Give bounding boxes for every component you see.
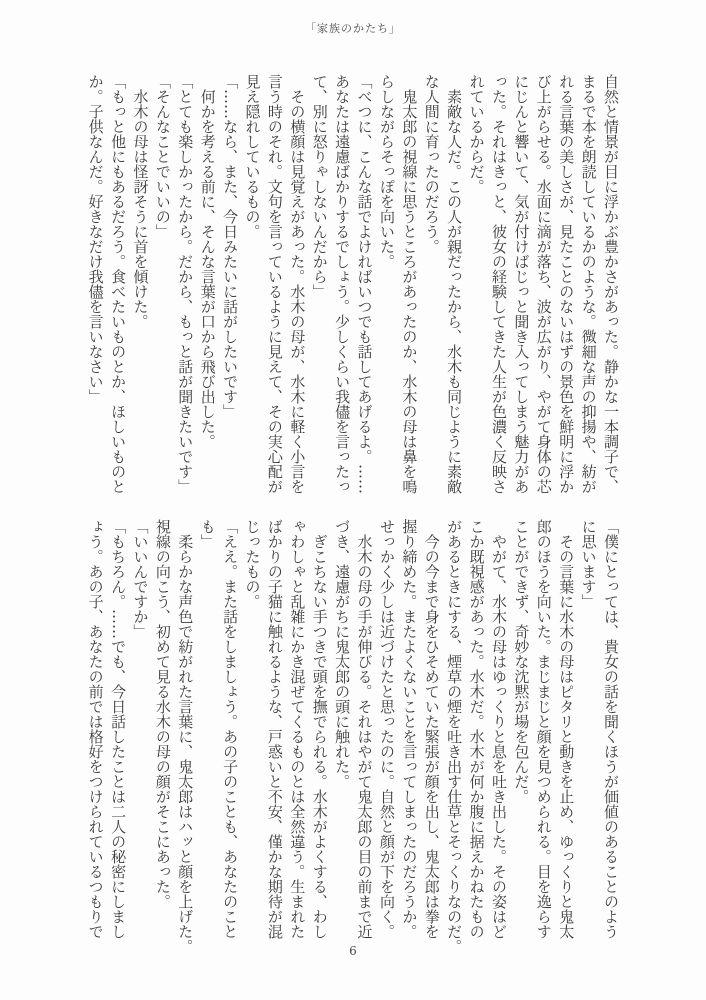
text-line: やがて、水木の母はゆっくりと息を吐き出した。その姿はど	[488, 519, 510, 959]
text-line: 「ええ。また話をしましょう。あの子のことも、あなたのこと	[219, 519, 241, 959]
text-line: 水木の母の手が伸びる。それはやがて鬼太郎の目の前まで近	[353, 519, 375, 959]
text-line: 「とても楽しかったから。だから、もっと話が聞きたいです」	[174, 74, 196, 514]
text-line: まるで本を朗読しているかのような。微細な声の抑揚や、紡が	[577, 74, 599, 514]
text-line: せっかく少しは近づけたと思ったのに。自然と顔が下を向く。	[376, 519, 398, 959]
text-line: づき、遠慮がちに鬼太郎の頭に触れた。	[331, 519, 353, 959]
book-page: 「家族のかたち」 自然と情景が目に浮かぶ豊かさがあった。静かな一本調子で、まるで…	[0, 0, 706, 1000]
text-line: 「もちろん。……でも、今日話したことは二人の秘密にしまし	[107, 519, 129, 959]
text-line: があるときにする、煙草の煙を吐き出す仕草とそっくりなのだ。	[443, 519, 465, 959]
text-line: な人間に育ったのだろう。	[420, 74, 442, 514]
text-line: った。それはきっと、彼女の経験してきた人生が色濃く反映さ	[488, 74, 510, 514]
text-line: 見え隠れしているもの。	[241, 74, 263, 514]
text-line: 「べつに、こんな話でよければいつでも話してあげるよ。……	[353, 74, 375, 514]
chapter-header-title: 「家族のかたち」	[0, 0, 706, 36]
text-line: て、別に怒りゃしないんだから」	[308, 74, 330, 514]
text-line: にじんと響いて、気が付けばじっと聞き入ってしまう魅力があ	[510, 74, 532, 514]
text-line: に思います」	[577, 519, 599, 959]
text-line: 視線の向こう、初めて見る水木の母の顔がそこにあった。	[151, 519, 173, 959]
text-line: 柔らかな声色で紡がれた言葉に、鬼太郎はハッと顔を上げた。	[174, 519, 196, 959]
text-line: れる言葉の美しさが、見たことのないはずの景色を鮮明に浮か	[555, 74, 577, 514]
text-line: か。子供なんだ。好きなだけ我儘を言いなさい」	[84, 74, 106, 514]
text-line: 「僕にとっては、貴女の話を聞くほうが価値のあることのよう	[600, 519, 622, 959]
page-number: 6	[0, 944, 706, 958]
text-line: その言葉に水木の母はピタリと動きを止め、ゆっくりと鬼太	[555, 519, 577, 959]
text-line: ぎこちない手つきで頭を撫でられる。水木がよくする、わし	[308, 519, 330, 959]
text-line: ゃわしゃと乱雑にかき混ぜてくるものとは全然違う。生まれた	[286, 519, 308, 959]
text-line: ばかりの子猫に触れるような、戸惑いと不安、僅かな期待が混	[264, 519, 286, 959]
text-line: らしながらそっぽを向いた。	[376, 74, 398, 514]
text-line: も」	[196, 519, 218, 959]
text-line: あなたは遠慮ばかりするでしょう。少しくらい我儘を言ったっ	[331, 74, 353, 514]
text-line: 「いいんですか」	[129, 519, 151, 959]
text-line: 郎のほうを向いた。まじまじと顔を見つめられる。目を逸らす	[532, 519, 554, 959]
text-block-top: 自然と情景が目に浮かぶ豊かさがあった。静かな一本調子で、まるで本を朗読しているか…	[84, 74, 622, 514]
text-line: じったもの。	[241, 519, 263, 959]
text-line: 「そんなことでいいの」	[151, 74, 173, 514]
text-line: 握り締めた。またよくないことを言ってしまったのだろうか。	[398, 519, 420, 959]
text-line: ょう。あの子、あなたの前では格好をつけられているつもりで	[84, 519, 106, 959]
text-line: れているからだ。	[465, 74, 487, 514]
text-line: び上がらせる。水面に滴が落ち、波が広がり、やがて身体の芯	[532, 74, 554, 514]
text-line: その横顔は見覚えがあった。水木の母が、水木に軽く小言を	[286, 74, 308, 514]
text-line: ことができず、奇妙な沈黙が場を包んだ。	[510, 519, 532, 959]
text-line: こか既視感があった。水木だ。水木が何か腹に据えかねたもの	[465, 519, 487, 959]
text-line: 何かを考える前に、そんな言葉が口から飛び出した。	[196, 74, 218, 514]
text-line: 素敵な人だ。この人が親だったから、水木も同じように素敵	[443, 74, 465, 514]
text-line: 今の今まで身をひそめていた緊張が顔を出し、鬼太郎は拳を	[420, 519, 442, 959]
text-line: 水木の母は怪訝そうに首を傾けた。	[129, 74, 151, 514]
text-line: 鬼太郎の視線に思うところがあったのか、水木の母は鼻を鳴	[398, 74, 420, 514]
text-line: 「……なら、また、今日みたいに話がしたいです」	[219, 74, 241, 514]
text-line: 自然と情景が目に浮かぶ豊かさがあった。静かな一本調子で、	[600, 74, 622, 514]
text-line: 言う時のそれ。文句を言っているように見えて、その実心配が	[264, 74, 286, 514]
text-line: 「もっと他にもあるだろう。食べたいものとか、ほしいものと	[107, 74, 129, 514]
text-block-bottom: 「僕にとっては、貴女の話を聞くほうが価値のあることのように思います」 その言葉に…	[84, 519, 622, 959]
